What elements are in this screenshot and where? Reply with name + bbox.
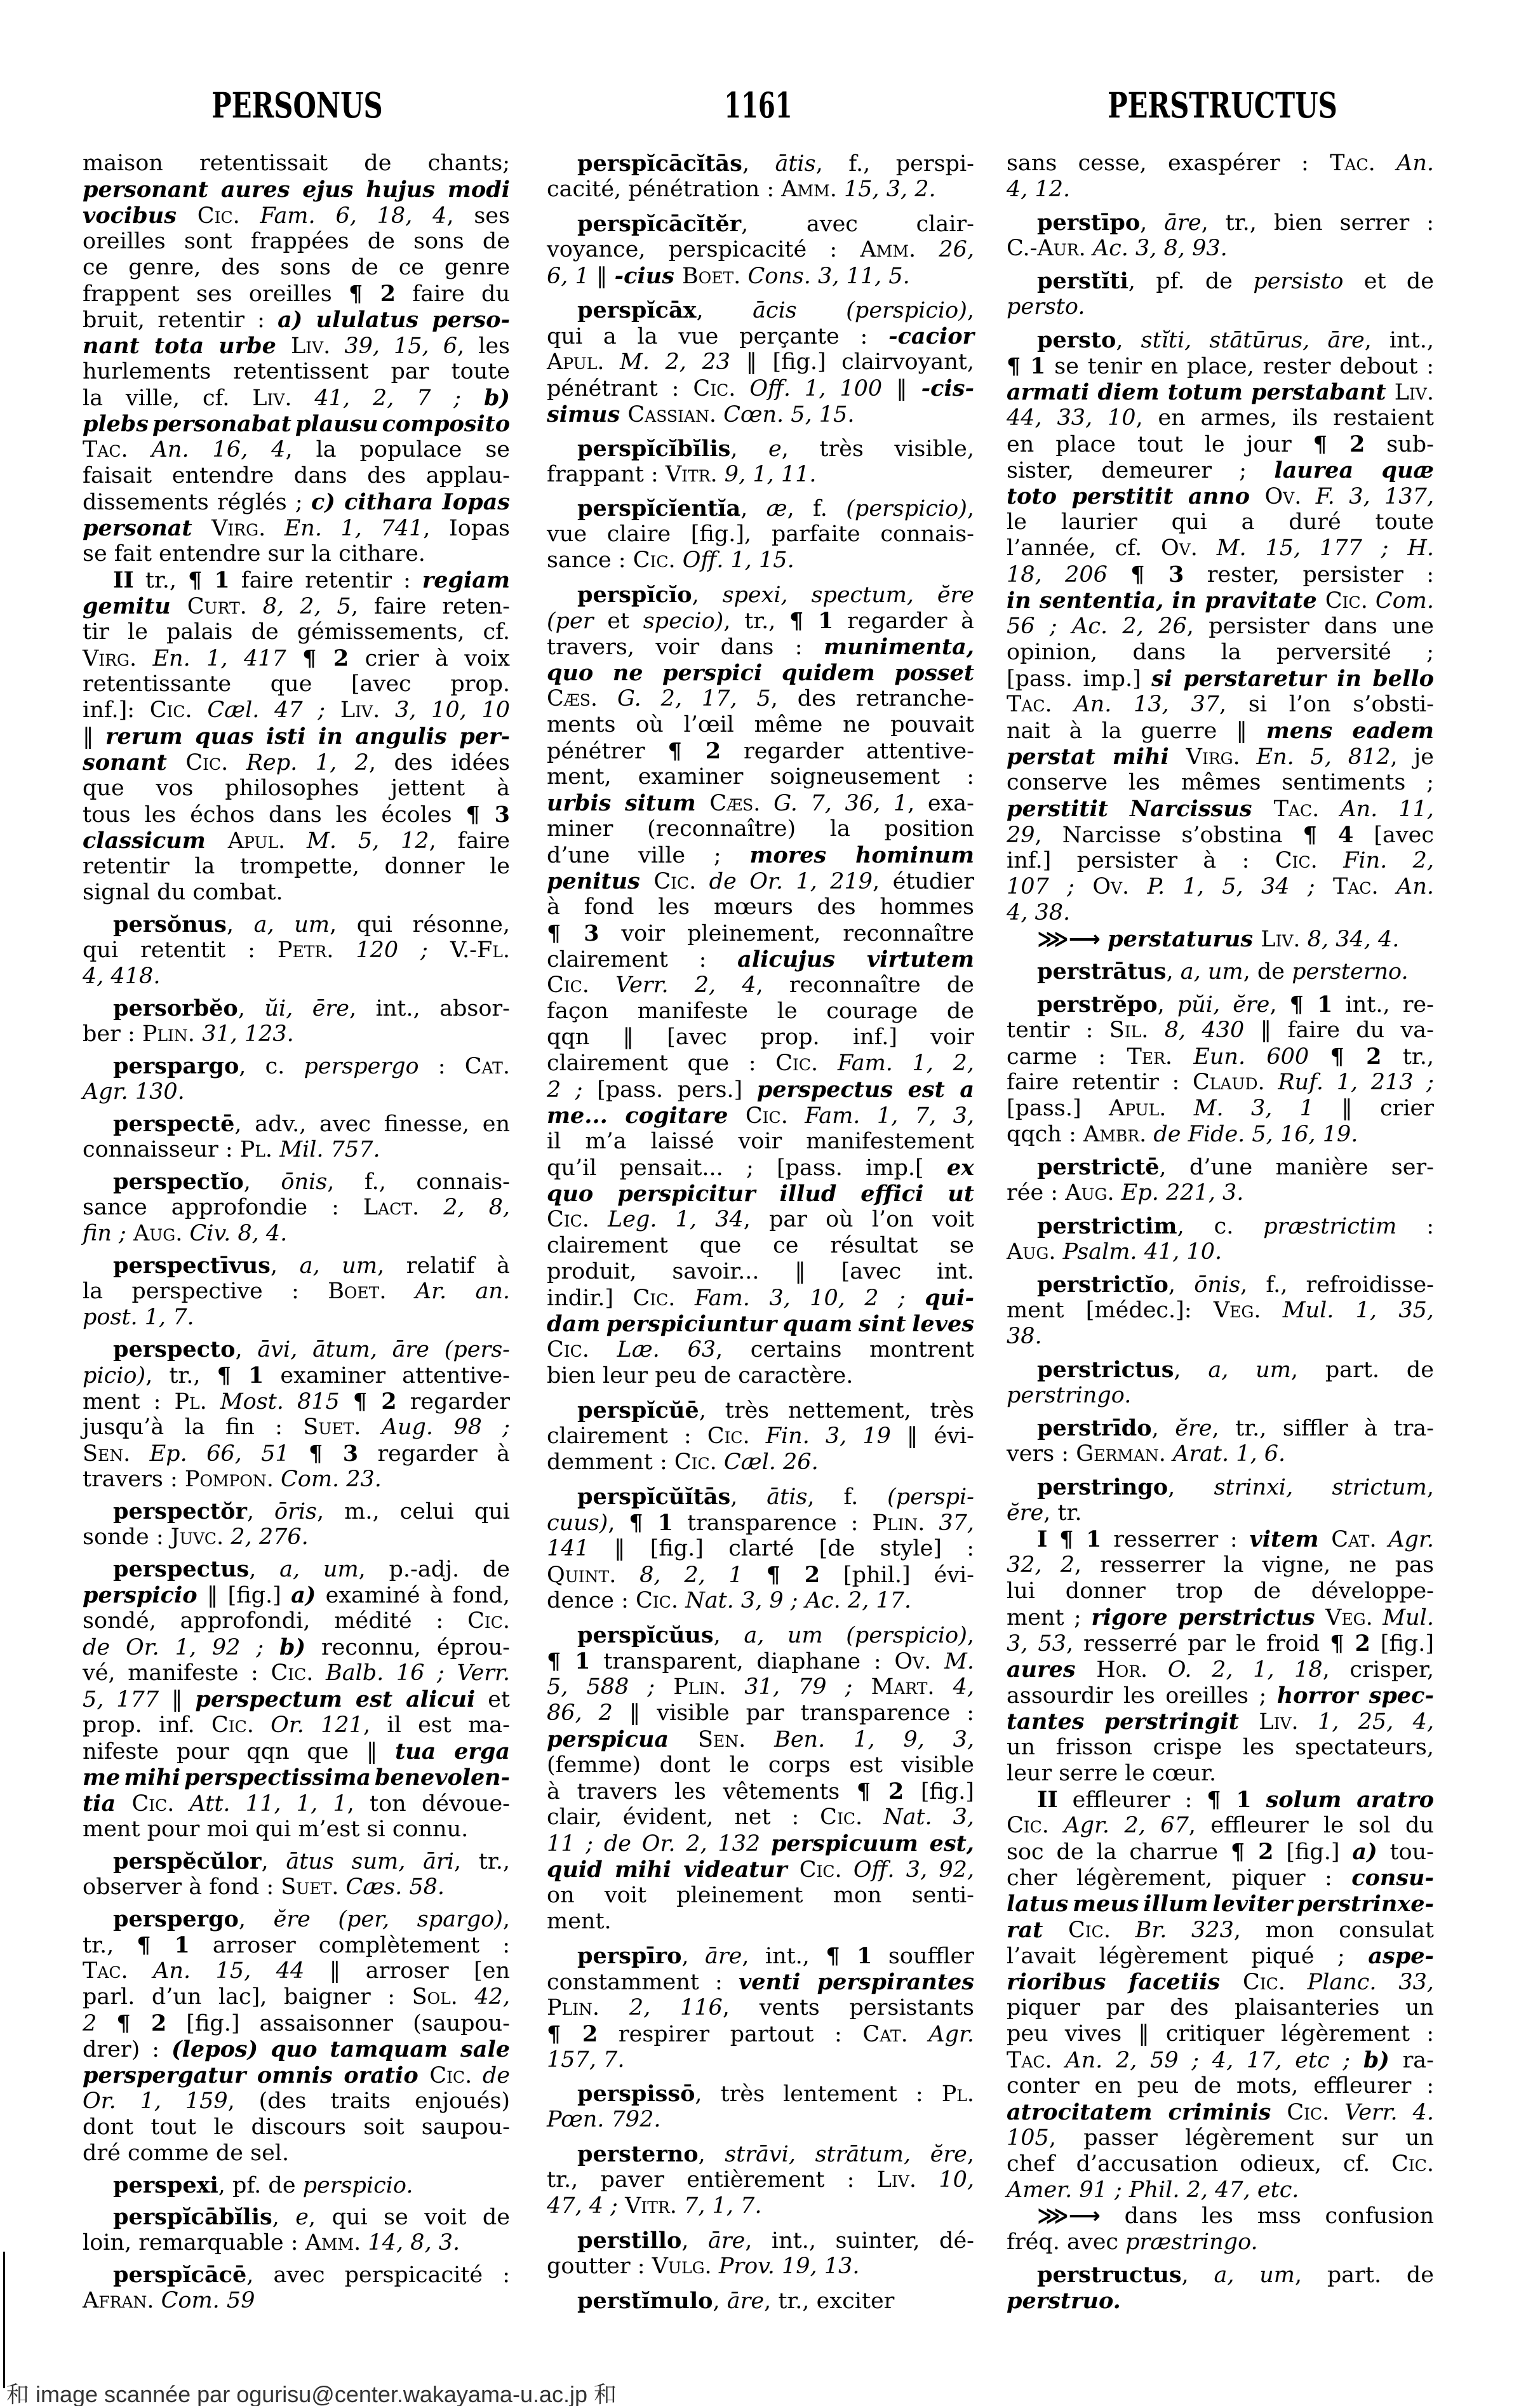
- definition-text: , très lentement :: [695, 2081, 941, 2107]
- reference-text: 120 ;: [356, 938, 450, 963]
- latin-citation: personant aures ejus hujus modi: [83, 177, 510, 203]
- definition-text: reconnu, éprou-: [305, 1635, 510, 1660]
- text-line: perspĕcŭlor, ātus sum, āri, tr.,: [83, 1848, 510, 1874]
- latin-citation: rigore perstrictus: [1091, 1604, 1325, 1630]
- definition-text: , pf. de: [1128, 269, 1254, 294]
- text-line: lui donner trop de développe-: [1007, 1578, 1434, 1604]
- author-abbreviation: Ov.: [1264, 484, 1315, 509]
- headword: perstrictim: [1037, 1213, 1177, 1239]
- definition-text: , des idées: [369, 750, 510, 776]
- text-line: tentir : Sil. 8, 430 ‖ faire du va-: [1007, 1018, 1434, 1044]
- definition-text: ,: [967, 1623, 974, 1648]
- definition-text: à fond les mœurs des hommes: [547, 894, 974, 920]
- text-line: sans cesse, exaspérer : Tac. An.: [1007, 151, 1434, 177]
- latin-citation: qui-: [925, 1285, 974, 1311]
- sense-marker: ¶ 4: [1303, 822, 1354, 848]
- definition-text: , de: [1243, 959, 1292, 985]
- headword: perspectē: [113, 1111, 234, 1137]
- arrow-icon: ⋙⟶: [1037, 2203, 1101, 2229]
- text-line: persto.: [1007, 294, 1434, 320]
- dictionary-entry: perspectĭo, ōnis, f., connais-sance appr…: [83, 1169, 510, 1247]
- reference-text: persto.: [1007, 294, 1085, 319]
- reference-text: a, um: [254, 912, 330, 938]
- definition-text: , qui se voit de: [309, 2205, 510, 2230]
- reference-text: de Or. 1, 92 ;: [83, 1635, 279, 1660]
- author-abbreviation: Tac.: [83, 1958, 153, 1984]
- definition-text: , resserrer la vigne, ne pas: [1075, 1552, 1434, 1578]
- reference-text: Nat. 3, 9 ; Ac. 2, 17.: [685, 1588, 911, 1613]
- dictionary-entry: perspĭcĭbĭlis, e, très visible,frappant …: [547, 436, 974, 488]
- reference-text: 42,: [474, 1984, 510, 2010]
- headword: perspectŏr: [113, 1498, 247, 1524]
- reference-text: 4, 38.: [1007, 900, 1070, 925]
- dictionary-entry: perspectus, a, um, p.-adj. deperspicio ‖…: [83, 1556, 510, 1843]
- latin-citation: perstruo.: [1007, 2288, 1121, 2314]
- definition-text: oreilles sont frappées de sons de: [83, 229, 510, 254]
- definition-text: , je: [1391, 744, 1434, 770]
- text-line: ⋙⟶ perstaturus Liv. 8, 34, 4.: [1007, 926, 1434, 952]
- author-abbreviation: Plin.: [673, 1674, 744, 1700]
- definition-text: sonde :: [83, 1524, 171, 1550]
- text-line: dissements réglés ; c) cithara Iopas: [83, 489, 510, 515]
- text-line: quo perspicitur illud effici ut: [547, 1181, 974, 1207]
- text-line: l’avait légèrement piqué ; aspe-: [1007, 1943, 1434, 1969]
- sense-marker: ¶ 1: [137, 1932, 190, 1958]
- sense-marker: ¶ 3: [1130, 561, 1184, 588]
- text-line: [pass. imp.] si perstaretur in bello: [1007, 666, 1434, 692]
- headword: perstrictĭo: [1037, 1272, 1168, 1298]
- author-abbreviation: Cic.: [271, 1660, 326, 1686]
- text-line: ment, examiner soigneusement :: [547, 764, 974, 790]
- latin-citation: -cacior: [888, 323, 974, 349]
- author-abbreviation: Juvc.: [171, 1524, 231, 1550]
- text-line: aures Hor. O. 2, 1, 18, crisper,: [1007, 1657, 1434, 1683]
- author-abbreviation: Pl.: [942, 2081, 974, 2107]
- latin-citation: -cis-: [921, 375, 974, 401]
- definition-text: ‖ évi-: [891, 1423, 974, 1449]
- reference-text: An. 15, 44: [153, 1958, 304, 1984]
- definition-text: cacité, pénétration :: [547, 177, 781, 202]
- definition-text: , p.-adj. de: [359, 1557, 510, 1582]
- author-abbreviation: Cic.: [198, 203, 260, 229]
- definition-text: , tr.,: [723, 608, 789, 634]
- reference-text: 6, 1: [547, 264, 589, 289]
- definition-text: , vents persistants: [723, 1995, 974, 2020]
- reference-text: An.: [1396, 151, 1434, 176]
- author-abbreviation: Amm.: [305, 2230, 368, 2255]
- author-abbreviation: Sol.: [412, 1984, 475, 2010]
- text-line: quo ne perspici quidem posset: [547, 660, 974, 686]
- reference-text: M. 3, 1: [1194, 1096, 1314, 1121]
- text-line: travers, voir dans : munimenta,: [547, 634, 974, 660]
- reference-text: Cœn. 5, 15.: [723, 402, 854, 427]
- latin-citation: atrocitatem criminis: [1007, 2099, 1287, 2125]
- entry-subsection: I ¶ 1 resserrer : vitem Cat. Agr.32, 2, …: [1007, 1526, 1434, 1787]
- definition-text: , tr., siffler à tra-: [1212, 1416, 1434, 1441]
- definition-text: , Narcisse s’obstina: [1035, 823, 1303, 848]
- text-line: vé, manifeste : Cic. Balb. 16 ; Verr.: [83, 1660, 510, 1686]
- text-line: ce genre, des sons de ce genre: [83, 255, 510, 281]
- definition-text: peu vives ‖ critiquer légèrement :: [1007, 2021, 1434, 2046]
- definition-text: , tr.: [1043, 1500, 1081, 1526]
- definition-text: , passer légèrement sur un: [1049, 2125, 1434, 2151]
- reference-text: specio): [643, 608, 724, 634]
- latin-citation: perspicuum est,: [771, 1831, 974, 1857]
- author-abbreviation: Tac.: [1007, 2048, 1065, 2073]
- text-line: ment ; rigore perstrictus Veg. Mul.: [1007, 1604, 1434, 1630]
- reference-text: præstringo.: [1125, 2229, 1258, 2255]
- reference-text: Fam. 1, 7, 3,: [805, 1103, 974, 1129]
- column-middle: perspĭcācĭtās, ātis, f., perspi-cacité, …: [547, 151, 974, 2314]
- text-line: assourdir les oreilles ; horror spec-: [1007, 1683, 1434, 1709]
- text-line: tous les échos dans les écoles ¶ 3: [83, 802, 510, 828]
- definition-text: ,: [692, 582, 723, 608]
- reference-text: 47, 4 ;: [547, 2193, 625, 2219]
- text-line: perstructus, a, um, part. de: [1007, 2262, 1434, 2288]
- text-line: 105, passer légèrement sur un: [1007, 2125, 1434, 2151]
- author-abbreviation: Veg.: [1325, 1605, 1383, 1630]
- reference-text: Agr. 2, 67: [1064, 1813, 1189, 1838]
- definition-text: ‖ [fig.] clairvoyant,: [730, 349, 974, 375]
- reference-text: Verr. 2, 4: [615, 972, 756, 998]
- text-line: à fond les mœurs des hommes: [547, 894, 974, 920]
- headword: persto: [1037, 327, 1116, 353]
- reference-text: ācis (perspicio): [753, 298, 967, 323]
- text-line: tantes perstringit Liv. 1, 25, 4,: [1007, 1709, 1434, 1735]
- text-line: observer à fond : Suet. Cæs. 58.: [83, 1874, 510, 1900]
- author-abbreviation: Liv.: [877, 2167, 939, 2193]
- latin-citation: solum aratro: [1266, 1787, 1434, 1813]
- dictionary-entry: perspĭcācē, avec perspicacité :Afran. Co…: [83, 2262, 510, 2314]
- definition-text: , int.,: [742, 1944, 826, 1969]
- text-line: maison retentissait de chants;: [83, 151, 510, 177]
- definition-text: souffler: [872, 1944, 974, 1969]
- text-line: vocibus Cic. Fam. 6, 18, 4, ses: [83, 203, 510, 229]
- headword: perstrĕpo: [1037, 991, 1158, 1018]
- author-abbreviation: Liv.: [1261, 927, 1307, 952]
- reference-text: Ep. 221, 3.: [1122, 1180, 1244, 1206]
- text-line: 2 ; [pass. pers.] perspectus est a: [547, 1077, 974, 1103]
- text-line: jusqu’à la fin : Suet. Aug. 98 ;: [83, 1415, 510, 1441]
- definition-text: ment :: [83, 1389, 174, 1415]
- text-line: Sen. Ep. 66, 51 ¶ 3 regarder à: [83, 1441, 510, 1467]
- definition-text: ,: [699, 2142, 725, 2167]
- text-line: perspectē, adv., avec finesse, en: [83, 1111, 510, 1137]
- latin-citation: ex: [947, 1155, 974, 1181]
- sense-marker: ¶ 1: [789, 608, 833, 634]
- reference-text: Planc. 33,: [1308, 1970, 1434, 1995]
- reference-text: Att. 11, 1, 1: [190, 1791, 347, 1817]
- text-line: perstīpo, āre, tr., bien serrer :: [1007, 210, 1434, 236]
- reference-text: āre: [727, 2288, 764, 2314]
- reference-text: 86, 2: [547, 1700, 613, 1726]
- definition-text: inf.]:: [83, 697, 150, 723]
- definition-text: qqn ‖ [avec prop. inf.] voir: [547, 1025, 974, 1050]
- definition-text: transparence :: [673, 1510, 872, 1536]
- author-abbreviation: Cic.: [746, 1103, 805, 1129]
- definition-text: tr.,: [1382, 1044, 1435, 1070]
- definition-text: [phil.] évi-: [820, 1563, 974, 1588]
- definition-text: sans cesse, exaspérer :: [1007, 151, 1330, 176]
- headword: perstringo: [1037, 1474, 1168, 1500]
- text-line: leur serre le cœur.: [1007, 1761, 1434, 1787]
- text-line: perspĭcācē, avec perspicacité :: [83, 2262, 510, 2288]
- dictionary-entry: perspectē, adv., avec finesse, enconnais…: [83, 1111, 510, 1163]
- text-line: dré comme de sel.: [83, 2141, 510, 2167]
- reference-text: M.: [944, 1649, 974, 1674]
- text-line: il m’a laissé voir manifestement: [547, 1129, 974, 1155]
- definition-text: l’avait légèrement piqué ;: [1007, 1944, 1368, 1969]
- headword: perstrīdo: [1037, 1415, 1152, 1441]
- author-abbreviation: Petr.: [278, 938, 356, 963]
- reference-text: ŭi, ēre: [264, 996, 349, 1021]
- reference-text: Civ. 8, 4.: [190, 1221, 288, 1246]
- text-line: 18, 206 ¶ 3 rester, persister :: [1007, 561, 1434, 588]
- author-abbreviation: Amm.: [860, 237, 939, 262]
- definition-text: pénétrer: [547, 739, 668, 764]
- reference-text: cuus): [547, 1510, 608, 1536]
- text-line: 6, 1 ‖ -cius Boet. Cons. 3, 11, 5.: [547, 263, 974, 289]
- text-line: gemitu Curt. 8, 2, 5, faire reten-: [83, 593, 510, 619]
- author-abbreviation: Liv.: [291, 333, 344, 359]
- definition-text: la ville, cf.: [83, 386, 252, 411]
- author-abbreviation: Cic.: [674, 1449, 724, 1475]
- text-line: un frisson crispe les spectateurs,: [1007, 1735, 1434, 1761]
- definition-text: [pass. pers.]: [583, 1077, 757, 1103]
- definition-text: tr.,: [83, 1933, 137, 1958]
- definition-text: ,: [967, 496, 974, 521]
- definition-text: sub-: [1365, 432, 1434, 457]
- definition-text: le laurier qui a duré toute: [1007, 509, 1434, 535]
- latin-citation: latus meus illum leviter perstrinxe-: [1007, 1891, 1434, 1917]
- latin-citation: sonant: [83, 749, 185, 776]
- reference-text: 7, 1, 7.: [684, 2193, 761, 2219]
- definition-text: faire retentir :: [230, 568, 422, 593]
- author-abbreviation: Apul.: [1109, 1096, 1194, 1121]
- latin-citation: alicujus virtutem: [737, 946, 974, 972]
- text-line: rée : Aug. Ep. 221, 3.: [1007, 1180, 1434, 1206]
- latin-citation: me... cogitare: [547, 1103, 746, 1129]
- definition-text: ,: [244, 1169, 281, 1195]
- text-line: hurlements retentissent par toute: [83, 359, 510, 385]
- reference-text: āre: [708, 2228, 745, 2254]
- text-line: qqch : Ambr. de Fide. 5, 16, 19.: [1007, 1122, 1434, 1148]
- author-abbreviation: Cic.: [636, 1588, 685, 1613]
- text-line: perspĭcĭbĭlis, e, très visible,: [547, 436, 974, 462]
- reference-text: 4, 418.: [83, 964, 160, 989]
- definition-text: clair, évident, net :: [547, 1805, 820, 1830]
- definition-text: ‖: [882, 376, 921, 401]
- reference-text: Fin. 3, 19: [766, 1423, 891, 1449]
- author-abbreviation: Cic.: [467, 1608, 510, 1634]
- definition-text: clairement que :: [547, 1051, 775, 1076]
- definition-text: se tenir en place, rester debout :: [1045, 354, 1434, 379]
- definition-text: nifeste pour qqn que ‖: [83, 1739, 395, 1764]
- definition-text: ,: [740, 496, 767, 521]
- text-line: 2 ¶ 2 [fig.] assaisonner (saupou-: [83, 2010, 510, 2036]
- text-line: Agr. 130.: [83, 1079, 510, 1105]
- definition-text: ‖: [83, 724, 105, 749]
- definition-text: , c.: [239, 1054, 304, 1079]
- definition-text: travers, voir dans :: [547, 635, 824, 660]
- text-line: sonant Cic. Rep. 1, 2, des idées: [83, 749, 510, 776]
- author-abbreviation: Afran.: [83, 2288, 161, 2313]
- text-line: on voit pleinement mon senti-: [547, 1883, 974, 1909]
- definition-text: crier à voix: [349, 646, 510, 671]
- definition-text: , tr., bien serrer :: [1202, 210, 1434, 236]
- latin-citation: simus: [547, 401, 627, 427]
- definition-text: prop. inf.: [83, 1712, 211, 1738]
- text-line: drer) : (lepos) quo tamquam sale: [83, 2036, 510, 2062]
- sense-marker: ¶ 2: [668, 738, 721, 764]
- text-line: retentissante que [avec prop.: [83, 671, 510, 697]
- reference-text: præstrictim: [1263, 1214, 1396, 1239]
- text-line: vue claire [fig.], parfaite connais-: [547, 521, 974, 548]
- text-line: ¶ 1 transparent, diaphane : Ov. M.: [547, 1648, 974, 1674]
- definition-text: , relatif à: [377, 1253, 510, 1279]
- definition-text: , avec clair-: [741, 212, 974, 237]
- definition-text: dissements réglés ;: [83, 490, 311, 515]
- text-line: Cic. Verr. 2, 4, reconnaître de: [547, 972, 974, 998]
- headword: perspĭcĭo: [577, 582, 692, 608]
- definition-text: ,: [1167, 959, 1181, 985]
- definition-text: frappent ses oreilles: [83, 281, 349, 307]
- sense-marker: ¶ 1: [1007, 353, 1045, 379]
- reference-text: 2 ;: [547, 1077, 583, 1103]
- sense-marker: ¶ 2: [547, 2021, 598, 2047]
- dictionary-entry: perspĭcĭo, spexi, spectum, ĕre(per et sp…: [547, 582, 974, 1389]
- author-abbreviation: Apul.: [547, 349, 620, 375]
- reference-text: Com.: [1376, 588, 1434, 614]
- text-line: dam perspiciuntur quam sint leves: [547, 1311, 974, 1337]
- reference-text: Mil. 757.: [279, 1137, 380, 1162]
- latin-citation: gemitu: [83, 593, 187, 619]
- latin-citation: penitus: [547, 868, 653, 894]
- author-abbreviation: Plin.: [547, 1995, 629, 2020]
- author-abbreviation: Cic.: [1287, 2100, 1344, 2125]
- definition-text: sondé, approfondi, médité :: [83, 1608, 467, 1634]
- headword: perspexi: [113, 2172, 218, 2198]
- author-abbreviation: Pompon.: [185, 1467, 281, 1492]
- definition-text: dont tout le discours soit saupou-: [83, 2114, 510, 2140]
- definition-text: parl. d’un lac], baigner :: [83, 1984, 412, 2010]
- reference-text: Com. 59: [161, 2288, 255, 2313]
- definition-text: regarder: [397, 1389, 510, 1415]
- text-line: voyance, perspicacité : Amm. 26,: [547, 237, 974, 263]
- definition-text: , mon consulat: [1234, 1918, 1434, 1943]
- latin-citation: mores hominum: [749, 842, 974, 868]
- definition-text: cher légèrement, piquer :: [1007, 1865, 1351, 1891]
- dictionary-entry: perspĭcĭentĭa, æ, f. (perspicio),vue cla…: [547, 495, 974, 574]
- definition-text: ,: [1174, 1357, 1208, 1383]
- definition-text: fréq. avec: [1007, 2229, 1125, 2255]
- text-line: dence : Cic. Nat. 3, 9 ; Ac. 2, 17.: [547, 1588, 974, 1614]
- dictionary-entry: perstĭti, pf. de persisto et depersto.: [1007, 268, 1434, 320]
- text-line: perstrīdo, ĕre, tr., siffler à tra-: [1007, 1415, 1434, 1441]
- latin-citation: regiam: [422, 567, 510, 593]
- reference-text: picio): [83, 1363, 145, 1388]
- definition-text: la perspective :: [83, 1279, 328, 1304]
- definition-text: , f., perspi-: [816, 151, 974, 177]
- text-line: persorbĕo, ŭi, ēre, int., absor-: [83, 995, 510, 1021]
- reference-text: Mul. 1, 35,: [1283, 1298, 1434, 1323]
- scan-credit: 和 image scannée par ogurisu@center.wakay…: [6, 2383, 617, 2406]
- text-line: qu’il pensait... ; [pass. imp.[ ex: [547, 1155, 974, 1181]
- definition-text: ,: [1269, 992, 1289, 1018]
- sense-marker: ¶ 2: [1330, 1630, 1370, 1657]
- dictionary-entry: perspĭcŭē, très nettement, trèsclairemen…: [547, 1397, 974, 1475]
- author-abbreviation: Cic.: [131, 1791, 189, 1817]
- reference-text: 38.: [1007, 1324, 1042, 1349]
- definition-text: ment.: [547, 1909, 612, 1934]
- author-abbreviation: Ov.: [894, 1649, 944, 1674]
- author-abbreviation: Cic.: [1007, 1813, 1064, 1838]
- sense-marker: ¶ 2: [1313, 431, 1365, 457]
- definition-text: ,: [1140, 210, 1164, 236]
- text-line: clairement que ce résultat se: [547, 1233, 974, 1259]
- definition-text: [1252, 1787, 1266, 1813]
- author-abbreviation: Cæs.: [547, 686, 617, 711]
- definition-text: tou-: [1377, 1839, 1434, 1865]
- dictionary-entry: perspĭcŭus, a, um (perspicio),¶ 1 transp…: [547, 1622, 974, 1935]
- headword: perspecto: [113, 1336, 235, 1362]
- latin-citation: b): [484, 385, 510, 411]
- text-line: 141 ‖ [fig.] clarté [de style] :: [547, 1536, 974, 1562]
- text-line: clairement : Cic. Fin. 3, 19 ‖ évi-: [547, 1423, 974, 1449]
- definition-text: ment, examiner soigneusement :: [547, 764, 974, 790]
- reference-text: e: [295, 2205, 309, 2230]
- text-line: inf.] persister à : Cic. Fin. 2,: [1007, 848, 1434, 874]
- text-line: in sententia, in pravitate Cic. Com.: [1007, 588, 1434, 614]
- text-line: Cæs. G. 2, 17, 5, des retranche-: [547, 686, 974, 712]
- dictionary-entry: perstrictim, c. præstrictim :Aug. Psalm.…: [1007, 1213, 1434, 1265]
- text-line: perstitit Narcissus Tac. An. 11,: [1007, 796, 1434, 822]
- dictionary-entry: persŏnus, a, um, qui résonne,qui retenti…: [83, 911, 510, 990]
- latin-citation: perspicio: [83, 1582, 198, 1608]
- reference-text: 39, 15, 6: [344, 333, 457, 359]
- reference-text: 11 ; de Or. 2, 132: [547, 1831, 771, 1857]
- author-abbreviation: Virg.: [83, 646, 152, 671]
- text-line: Afran. Com. 59: [83, 2288, 510, 2314]
- definition-text: se fait entendre sur la cithare.: [83, 541, 425, 567]
- dictionary-entry: perstrātus, a, um, de persterno.: [1007, 958, 1434, 985]
- definition-text: , très visible,: [782, 436, 974, 462]
- text-line: perstrātus, a, um, de persterno.: [1007, 958, 1434, 985]
- definition-text: loin, remarquable :: [83, 2230, 305, 2255]
- author-abbreviation: Cic.: [775, 1051, 838, 1076]
- reference-text: 8, 34, 4.: [1308, 927, 1400, 952]
- definition-text: à travers les vêtements: [547, 1779, 857, 1805]
- text-line: [pass.] Apul. M. 3, 1 ‖ crier: [1007, 1096, 1434, 1122]
- latin-citation: a): [1352, 1839, 1377, 1865]
- text-line: me... cogitare Cic. Fam. 1, 7, 3,: [547, 1103, 974, 1129]
- definition-text: faire du: [396, 281, 510, 307]
- text-line: persto, stĭti, stātūrus, āre, int.,: [1007, 327, 1434, 353]
- definition-text: ment [médec.]:: [1007, 1298, 1214, 1323]
- reference-text: M. 2, 23: [620, 349, 730, 375]
- text-line: Plin. 2, 116, vents persistants: [547, 1995, 974, 2021]
- reference-text: Ar. an.: [415, 1279, 510, 1304]
- text-line: Cic. Leg. 1, 34, par où l’on voit: [547, 1207, 974, 1233]
- text-line: piquer par des plaisanteries un: [1007, 1995, 1434, 2021]
- definition-text: [pass. imp.]: [1007, 666, 1151, 692]
- latin-citation: venti perspirantes: [739, 1969, 974, 1995]
- reference-text: a, um: [279, 1557, 358, 1582]
- page-number: 1161: [724, 88, 792, 123]
- definition-text: , ton dévoue-: [347, 1791, 510, 1817]
- reference-text: ĕre: [1175, 1416, 1212, 1441]
- author-abbreviation: Tac.: [1333, 874, 1396, 899]
